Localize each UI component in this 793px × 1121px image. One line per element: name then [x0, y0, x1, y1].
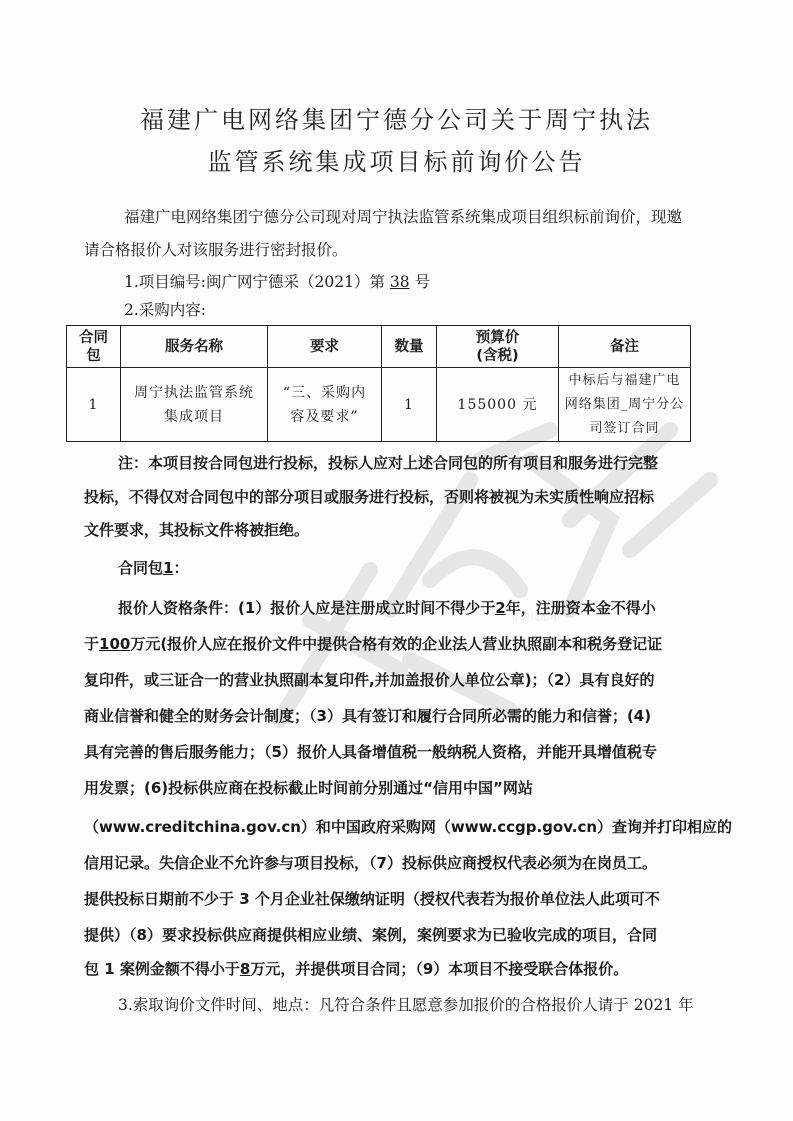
- table-row: 1 周宁执法监管系统集成项目 “三、采购内容及要求” 1 155000 元 中标…: [67, 368, 691, 442]
- cell-requirement: “三、采购内容及要求”: [268, 368, 382, 442]
- cell-service-name: 周宁执法监管系统集成项目: [121, 368, 268, 442]
- item3-line: 3.索取询价文件时间、地点：凡符合条件且愿意参加报价的合格报价人请于 2021 …: [118, 993, 694, 1015]
- project-number: 1.项目编号:闽广网宁德采（2021）第 38 号: [124, 270, 430, 292]
- qualification-line: 包 1 案例金额不得小于8万元，并提供项目合同；（9）本项目不接受联合体报价。: [84, 958, 628, 979]
- qualification-line: 报价人资格条件：(1）报价人应是注册成立时间不得少于2年，注册资本金不得小: [118, 597, 656, 618]
- qualification-line: 信用记录。失信企业不允许参与项目投标，（7）投标供应商授权代表必须为在岗员工。: [84, 852, 657, 873]
- cell-quantity: 1: [382, 368, 437, 442]
- note-line2: 投标，不得仅对合同包中的部分项目或服务进行投标，否则将被视为未实质性响应招标: [84, 486, 654, 507]
- header-service-name: 服务名称: [121, 326, 268, 368]
- header-quantity: 数量: [382, 326, 437, 368]
- cell-package: 1: [67, 368, 121, 442]
- qualification-line: 于100万元(报价人应在报价文件中提供合格有效的企业法人营业执照副本和税务登记证: [84, 633, 662, 654]
- package-label: 合同包1：: [118, 557, 188, 578]
- qualification-line: 用发票；(6)投标供应商在投标截止时间前分别通过“信用中国”网站: [84, 777, 533, 798]
- cell-budget: 155000 元: [437, 368, 559, 442]
- project-number-prefix: 1.项目编号:闽广网宁德采（2021）第: [124, 273, 385, 291]
- qualification-line: （www.creditchina.gov.cn）和中国政府采购网（www.ccg…: [84, 816, 732, 837]
- note-line1: 注：本项目按合同包进行投标，投标人应对上述合同包的所有项目和服务进行完整: [118, 452, 658, 473]
- header-budget: 预算价(含税): [437, 326, 559, 368]
- project-number-value: 38: [390, 273, 410, 291]
- project-number-suffix: 号: [415, 273, 431, 291]
- document-title-line1: 福建广电网络集团宁德分公司关于周宁执法: [0, 100, 793, 135]
- header-requirement: 要求: [268, 326, 382, 368]
- qualification-line: 提供投标日期前不少于 3 个月企业社保缴纳证明（授权代表若为报价单位法人此项可不: [84, 888, 660, 909]
- document-page: 非会员水印 福建广电网络集团宁德分公司关于周宁执法 监管系统集成项目标前询价公告…: [0, 0, 793, 1121]
- header-package: 合同包: [67, 326, 121, 368]
- document-title-line2: 监管系统集成项目标前询价公告: [0, 142, 793, 177]
- procurement-table: 合同包 服务名称 要求 数量 预算价(含税) 备注 1 周宁执法监管系统集成项目…: [66, 325, 691, 442]
- qualification-line: 具有完善的售后服务能力；（5）报价人具备增值税一般纳税人资格，并能开具增值税专: [84, 741, 657, 762]
- header-remarks: 备注: [559, 326, 691, 368]
- intro-line1: 福建广电网络集团宁德分公司现对周宁执法监管系统集成项目组织标前询价，现邀: [124, 205, 682, 227]
- note-line3: 文件要求，其投标文件将被拒绝。: [84, 519, 309, 540]
- cell-remarks: 中标后与福建广电网络集团_周宁分公司签订合同: [559, 368, 691, 442]
- procurement-content-label: 2.采购内容:: [124, 298, 206, 320]
- qualification-line: 复印件，或三证合一的营业执照副本复印件,并加盖报价人单位公章)；（2）具有良好的: [84, 669, 655, 690]
- intro-line2: 请合格报价人对该服务进行密封报价。: [84, 238, 348, 260]
- table-header-row: 合同包 服务名称 要求 数量 预算价(含税) 备注: [67, 326, 691, 368]
- qualification-line: 提供）（8）要求投标供应商提供相应业绩、案例，案例要求为已验收完成的项目，合同: [84, 924, 657, 945]
- qualification-line: 商业信誉和健全的财务会计制度；（3）具有签订和履行合同所必需的能力和信誉；(4): [84, 705, 651, 726]
